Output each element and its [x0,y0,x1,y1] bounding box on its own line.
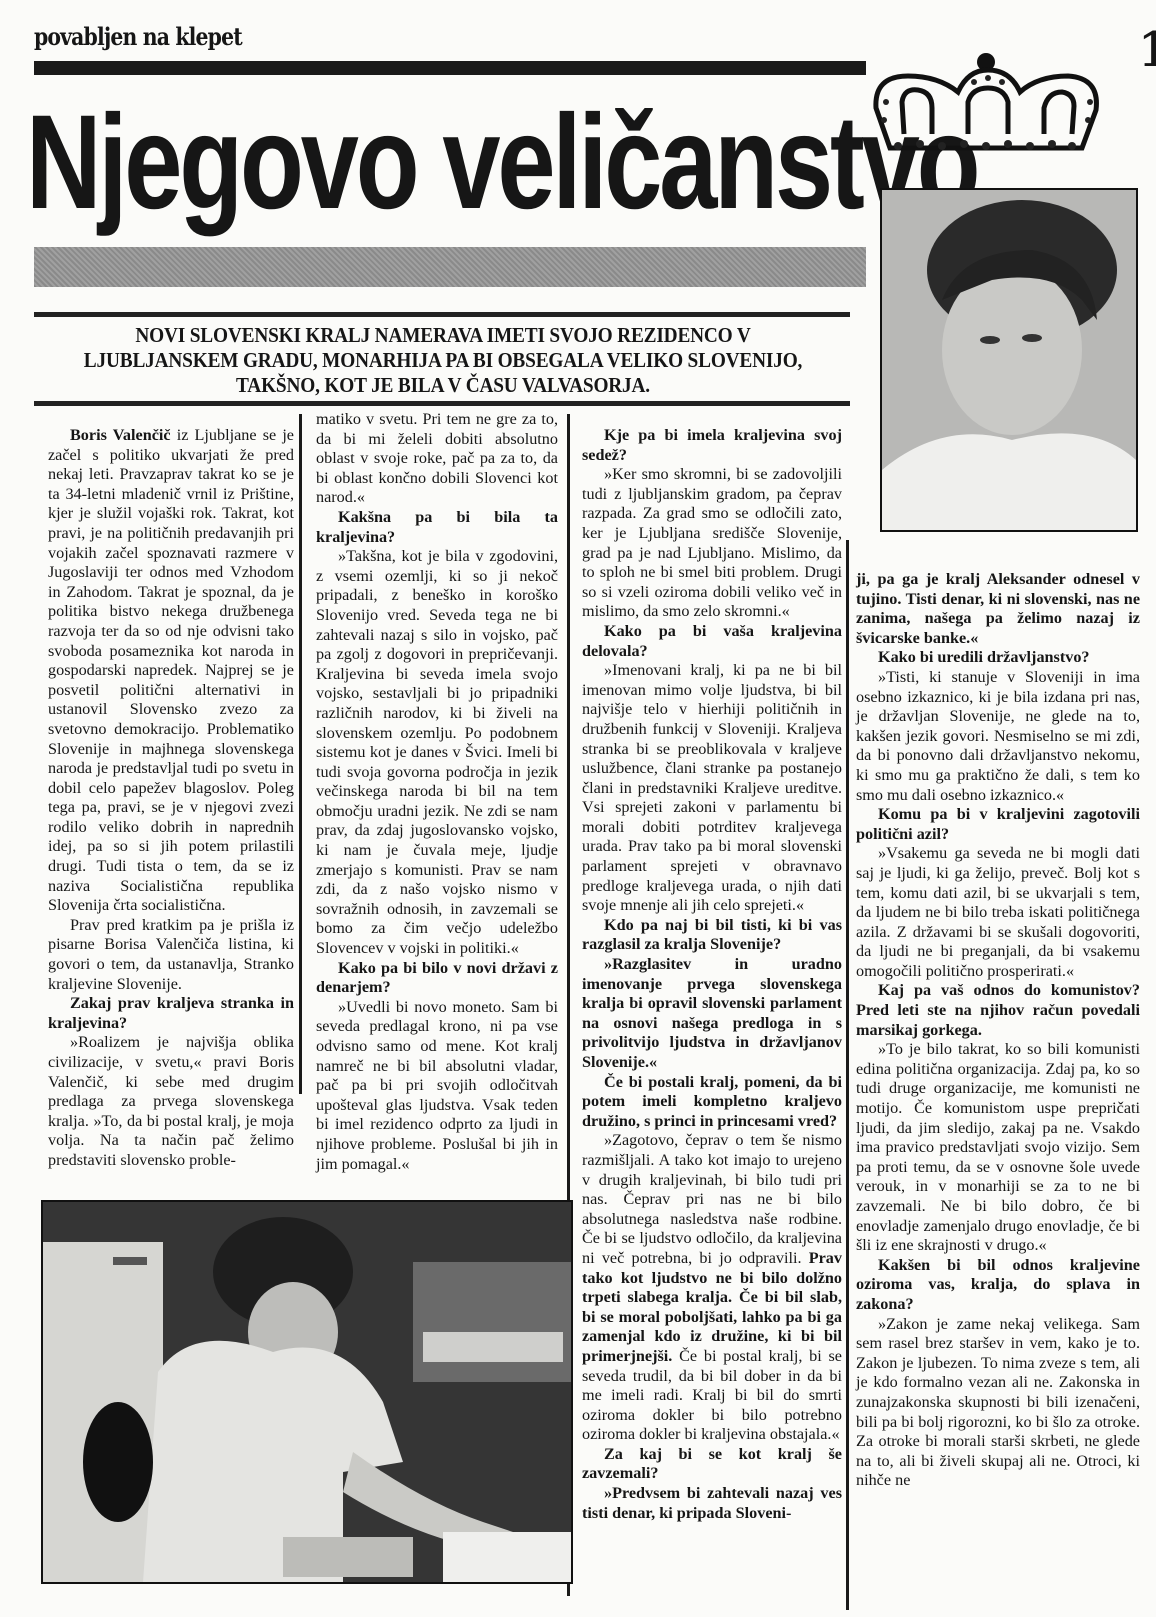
question: Kako pa bi bilo v novi državi z denarjem… [316,959,558,998]
answer: »Uvedli bi novo moneto. Sam bi seveda pr… [316,998,558,1174]
question: Komu pa bi v kraljevini zagotovili polit… [856,805,1140,844]
paragraph: Prav pred kratkim pa je prišla iz pisarn… [48,916,294,994]
lead-paragraph: NOVI SLOVENSKI KRALJ NAMERAVA IMETI SVOJ… [80,323,807,398]
answer: »Zagotovo, čeprav o tem še nismo razmišl… [582,1131,842,1445]
answer: »Takšna, kot je bila v zgodovini, z vsem… [316,547,558,958]
lead-rule-top [34,312,850,317]
question: Če bi postali kralj, pomeni, da bi potem… [582,1073,842,1132]
question: Kakšna pa bi bila ta kraljevina? [316,508,558,547]
question: Kakšen bi bil odnos kraljevine oziroma v… [856,1256,1140,1315]
answer: »Zakon je zame nekaj velikega. Sam sem r… [856,1315,1140,1491]
question: Kaj pa vaš odnos do komunistov? Pred let… [856,981,1140,1040]
article-column-1: Boris Valenčič iz Ljubljane se je začel … [48,426,294,1171]
answer: »Imenovani kralj, ki pa ne bi bil imenov… [582,661,842,916]
answer-bold: »Razglasitev in uradno imenovanje prvega… [582,955,842,1073]
answer-bold: ji, pa ga je kralj Aleksander odnesel v … [856,570,1140,648]
article-column-4: ji, pa ga je kralj Aleksander odnesel v … [856,570,1140,1491]
portrait-photo [880,188,1138,532]
subject-name: Boris Valenčič [70,426,171,444]
question: Za kaj bi se kot kralj še zavzemali? [582,1445,842,1484]
answer: »Roalizem je najvišja oblika civilizacij… [48,1033,294,1170]
question: Kako bi uredili državljanstvo? [856,648,1140,668]
headline: Njegovo veličanstvo [26,96,977,230]
article-column-2: matiko v svetu. Pri tem ne gre za to, da… [316,410,558,1174]
top-rule [34,61,866,75]
section-label: povabljen na klepet [34,22,242,51]
office-photo [41,1200,573,1584]
column-divider [846,540,849,1610]
headline-band [34,247,866,287]
lead-rule-bottom [34,401,850,406]
question: Zakaj prav kraljeva stranka in kraljevin… [48,994,294,1033]
portrait-illustration [882,190,1136,530]
office-illustration [43,1202,571,1582]
article-column-3: Kje pa bi imela kraljevina svoj sedež? »… [582,426,842,1523]
answer-bold: »Predvsem bi zahtevali nazaj ves tisti d… [582,1484,842,1523]
column-divider [299,414,302,1094]
answer: »Tisti, ki stanuje v Sloveniji in ima os… [856,668,1140,805]
answer: matiko v svetu. Pri tem ne gre za to, da… [316,410,558,508]
page-number: 1 [1138,22,1156,78]
answer: »To je bilo takrat, ko so bili komunisti… [856,1040,1140,1256]
answer: »Ker smo skromni, bi se zadovoljili tudi… [582,465,842,622]
question: Kje pa bi imela kraljevina svoj sedež? [582,426,842,465]
question: Kako pa bi vaša kraljevina delovala? [582,622,842,661]
crown-icon [868,48,1108,168]
answer: »Vsakemu ga seveda ne bi mogli dati saj … [856,844,1140,981]
question: Kdo pa naj bi bil tisti, ki bi vas razgl… [582,916,842,955]
